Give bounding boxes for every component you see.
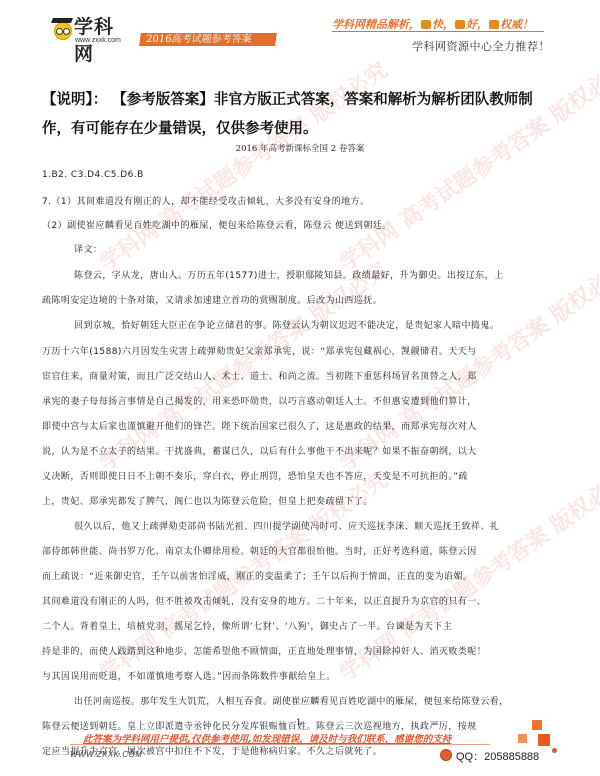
paragraph-line: 出任河南巡按。那年发生大饥荒，人相互吞食。副使崔应麟看见百姓吃湖中的雁屎，便包来… [74,694,509,707]
footer-url: WWW.ZXXK.COM [70,750,142,759]
paragraph-line: 万历十六年(1588)六月因发生灾害上疏弹劾贵妃父亲郑承宪，说：“郑承宪包藏祸心… [42,344,477,357]
decorative-squares-icon [518,720,558,750]
translation-label: 译文： [74,242,102,255]
footer-note: 此答案为学科网用户提供,仅供参考使用,如发现错误，请及时与我们联系，感谢您的支持 [83,731,451,745]
paragraph-line: 部侍郎韩世能、尚书罗万化、南京太仆卿徐用检。朝廷的大官都很怕他。当时，正好考选科… [42,544,477,557]
paragraph-line: 很久以后，他又上疏弹劾吏部尚书陆光祖、四川提学副使冯时可、应天巡抚李涞、顺天巡抚… [74,519,499,532]
paragraph-line: 持是非的，而使人践踏到这种地步，怎能希望他不顾情面，正直地处理事情，为国除掉奸人… [42,644,486,657]
paragraph-line: 说，认为是不立太子的结果。干扰盛典，蓄谋已久，以后有什么事他干不出来呢？如果不振… [42,444,477,457]
paragraph-line: 而上疏说：“近来御史官，壬午以前害怕淫威，刚正的变温柔了；壬午以后拘于情面，正直… [42,569,472,582]
mascot-icon [52,16,72,40]
notice-line-1: 【说明】： 【参考版答案】非官方版正式答案，答案和解析为解析团队教师制 [42,88,533,109]
answer-line: 7.（1）其间难道没有刚正的人，却不能经受攻击倾轧，大多没有安身的地方。 [42,194,370,207]
exam-banner: 2016高考试题参考答案 [139,33,277,46]
paragraph-line: 承宪的妻子每每扬言事情是自己揭发的，用来恐吓勋贵，以巧言惑动朝廷人士。不但惠安遭… [42,394,477,407]
slogan: 学科网精品解析，快，好，权威！ [332,16,533,32]
slogan-divider [332,31,544,32]
logo: 学科网 www.zxxk.com [52,12,132,46]
thumbs-up-icon [455,20,465,29]
tagline: 学科网资源中心全力推荐！ [412,38,550,54]
paragraph-line: 与其因误用而贬退，不如谨慎地考察人选。”因而条陈数件事献给皇上。 [42,669,336,682]
logo-url: www.zxxk.com [75,37,121,44]
paragraph-line: 其间难道没有刚正的人吗，但不胜被攻击倾轧，没有安身的地方。二十年来，以正直提升为… [42,594,486,607]
paragraph-line: 陈登云，字从龙，唐山人。万历五年(1577)进士，授职鄢陵知县。政绩最好，升为御… [74,268,504,281]
paragraph-line: 义决断，否则即使日日不上朝不奏乐，穿白衣，停止刑罚，恐怕皇天也不答应，天变是不可… [42,469,468,482]
thumbs-up-icon [489,20,499,29]
page-number: 1 [296,718,301,727]
qq-contact: QQ：205885888 [440,748,539,764]
paragraph-line: 上，贵妃、郑承宪都发了脾气，阁仁也以为陈登云危险，但皇上把奏疏留下了。 [42,494,373,507]
paragraph-line: 二个人。背着皇上，培植党羽，摇尾乞怜，像所谓‘七豺’、‘八狗’，御史占了一半。台… [42,619,452,632]
footer-divider [70,744,490,745]
answer-line: 1.B2. C3.D4.C5.D6.B [42,170,144,180]
paragraph-line: 疏陈明安定边境的十条对策，又请求加速建立首功的赏赐制度。后改为山西巡抚。 [42,293,382,306]
paragraph-line: 宦官往来，商量对策，而且广泛交结山人、术士、道士、和尚之流。当初陛下重惩科场冒名… [42,369,477,382]
answer-line: （2）副使崔应麟看见百姓吃湖中的雁屎，便包来给陈登云看，陈登云 便送到朝廷。 [42,218,392,231]
paragraph-line: 即使中宫与太后家也谨慎避开他们的锋芒。陛下统治国家已很久了，这是惠政的结果，而郑… [42,419,477,432]
paragraph-line: 回到京城，恰好朝廷大臣正在争论立储君的事。陈登云认为朝议迟迟不能决定，是贵妃家人… [74,318,499,331]
thumbs-up-icon [421,20,431,29]
notice-line-2: 作，有可能存在少量错误，仅供参考使用。 [42,117,318,138]
qq-icon [440,749,452,761]
document-title: 2016 年高考新课标全国 2 卷答案 [0,142,600,154]
page-header: 学科网 www.zxxk.com 2016高考试题参考答案 学科网精品解析，快，… [0,0,600,62]
